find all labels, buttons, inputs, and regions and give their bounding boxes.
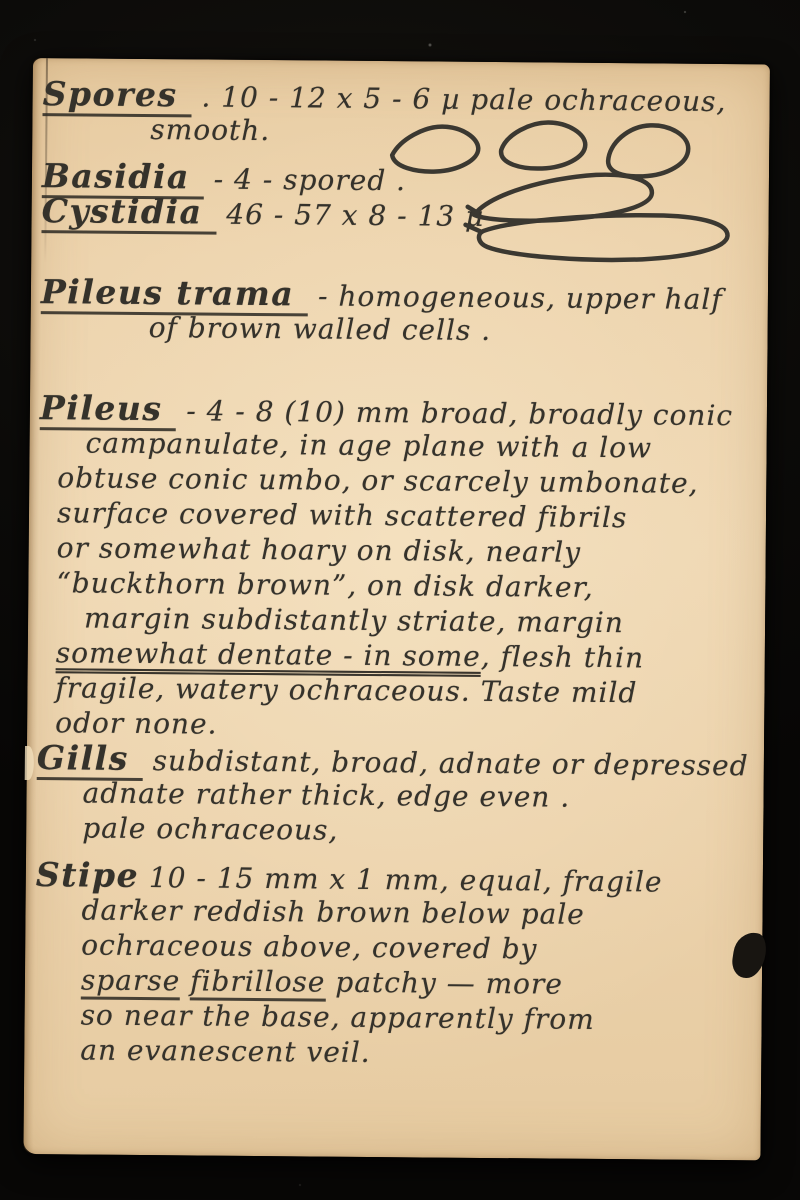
note-text-segment: odor none. xyxy=(55,706,218,740)
note-text-segment: ochraceous above, covered by xyxy=(81,928,537,965)
note-text-segment: - homogeneous, upper half xyxy=(308,279,723,316)
spore-outline-3-drawing xyxy=(608,125,688,177)
note-text-segment: “buckthorn brown”, on disk darker, xyxy=(56,566,594,604)
note-line-19: pale ochraceous, xyxy=(36,810,758,851)
note-text-segment: smooth. xyxy=(150,113,270,147)
spore-outline-2-drawing xyxy=(501,122,586,169)
note-line-25: an evanescent veil. xyxy=(34,1032,756,1073)
note-text-segment: an evanescent veil. xyxy=(80,1033,371,1069)
note-text-segment: adnate rather thick, edge even . xyxy=(82,776,570,813)
note-text-segment: patchy — more xyxy=(325,966,563,1001)
note-text-segment: darker reddish brown below pale xyxy=(81,893,585,930)
note-text-segment: of brown walled cells . xyxy=(149,311,492,347)
note-text-segment: fragile, watery ochraceous. Taste mild xyxy=(55,671,637,709)
note-text-segment: somewhat dentate - in some xyxy=(56,636,481,673)
note-text-segment: campanulate, in age plane with a low xyxy=(85,426,652,464)
spore-outline-1-drawing xyxy=(392,126,478,172)
note-text-segment: pale ochraceous, xyxy=(82,811,338,846)
spores-heading: Spores xyxy=(42,74,191,117)
note-text-segment: obtuse conic umbo, or scarcely umbonate, xyxy=(57,461,698,500)
note-text-segment: , flesh thin xyxy=(481,640,645,674)
spore-and-cystidia-sketches xyxy=(371,111,792,285)
note-text-segment: margin subdistantly striate, margin xyxy=(84,601,624,639)
note-text-segment xyxy=(180,964,190,997)
note-text-segment: so near the base, apparently from xyxy=(81,998,595,1035)
cystidia-heading: Cystidia xyxy=(41,191,216,235)
note-text-segment: or somewhat hoary on disk, nearly xyxy=(57,531,582,569)
note-text-segment: fibrillose xyxy=(190,964,326,1001)
stipe-heading: Stipe xyxy=(36,855,140,895)
paper-edge-chip xyxy=(25,746,34,780)
note-text-segment: sparse xyxy=(81,963,181,1000)
note-text-segment: surface covered with scattered fibrils xyxy=(57,496,628,534)
handwritten-note-page: Spores . 10 - 12 x 5 - 6 µ pale ochraceo… xyxy=(23,58,770,1160)
